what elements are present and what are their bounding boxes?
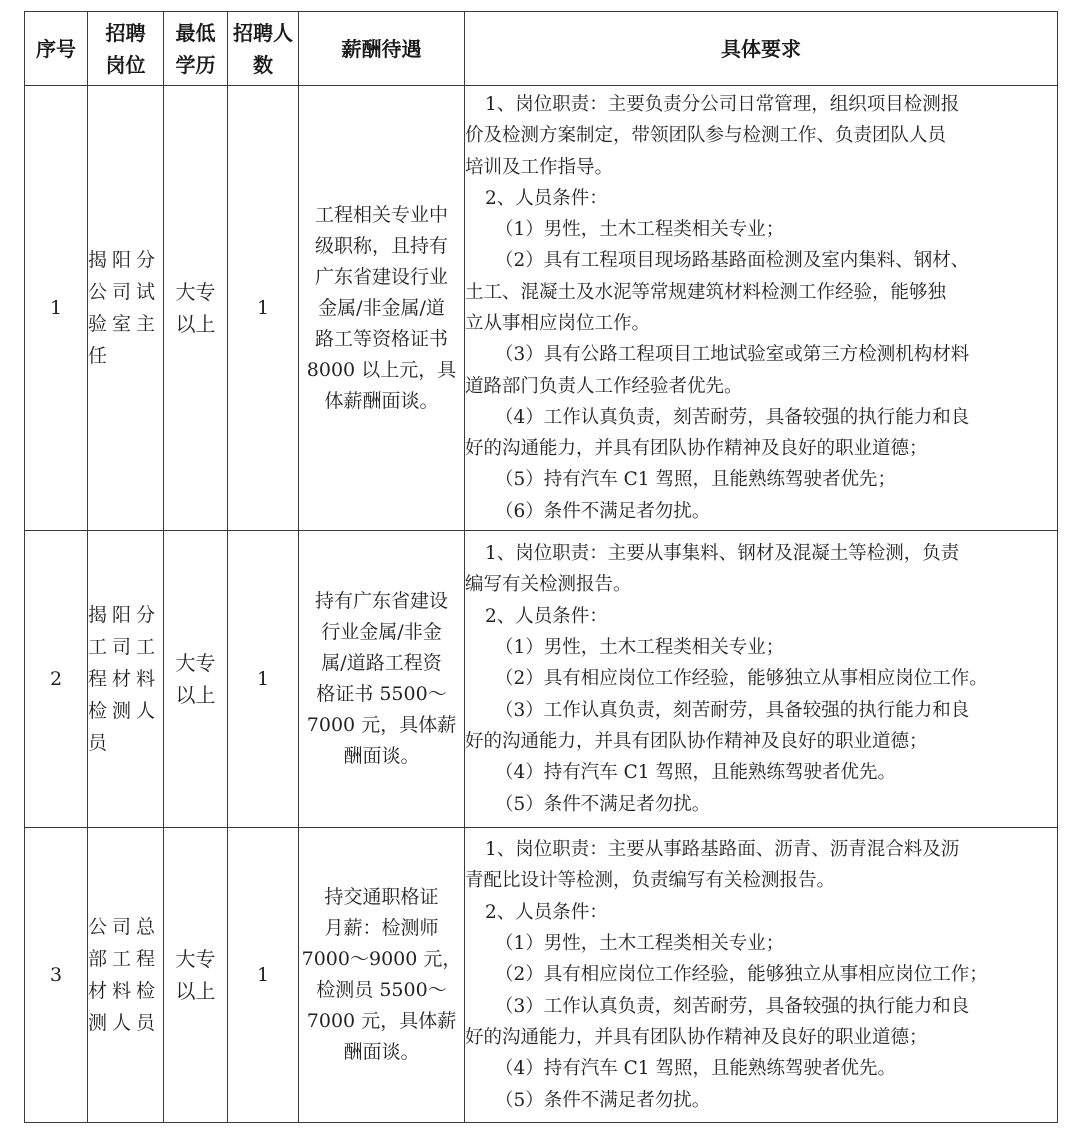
table-row: 1 揭阳分公司试验室主任 大专以上 1 工程相关专业中级职称，且持有广东省建设行… [25,86,1058,531]
position-line: 验室主 [88,308,163,340]
header-salary: 薪酬待遇 [299,12,465,86]
requirement-line: 好的沟通能力，并具有团队协作精神及良好的职业道德； [465,726,1057,757]
position-line: 测人员 [88,1007,163,1039]
position-line: 检测人 [88,695,163,727]
education-line: 以上 [164,975,227,1007]
table-row: 2 揭阳分工司工程材料检测人员 大专以上 1 持有广东省建设行业金属/非金属/道… [25,531,1058,828]
header-position-line: 招聘 [88,17,163,49]
education-line: 大专 [164,647,227,679]
recruitment-table: 序号 招聘 岗位 最低 学历 招聘人 数 薪酬待遇 具体要求 1 揭阳分公司试验… [24,11,1058,1123]
cell-requirements: 1、岗位职责：主要从事路基路面、沥青、沥青混合料及沥青配比设计等检测，负责编写有… [465,828,1058,1123]
requirement-line: 土工、混凝土及水泥等常规建筑材料检测工作经验，能够独 [465,277,1057,308]
requirement-line: （1）男性，土木工程类相关专业； [465,632,1057,663]
requirement-line: （1）男性，土木工程类相关专业； [465,928,1057,959]
requirement-line: （6）条件不满足者勿扰。 [465,496,1057,527]
position-line: 工司工 [88,631,163,663]
position-line: 揭阳分 [88,599,163,631]
requirement-line: 2、人员条件： [465,601,1057,632]
requirement-line: 立从事相应岗位工作。 [465,308,1057,339]
requirement-line: （3）工作认真负责，刻苦耐劳，具备较强的执行能力和良 [465,695,1057,726]
requirement-line: （3）具有公路工程项目工地试验室或第三方检测机构材料 [465,339,1057,370]
salary-line: 7000 元，具体薪 [299,710,464,741]
requirement-line: （2）具有工程项目现场路基路面检测及室内集料、钢材、 [465,245,1057,276]
requirement-line: （2）具有相应岗位工作经验，能够独立从事相应岗位工作； [465,959,1057,990]
requirement-line: 道路部门负责人工作经验者优先。 [465,371,1057,402]
cell-requirements: 1、岗位职责：主要从事集料、钢材及混凝土等检测，负责编写有关检测报告。2、人员条… [465,531,1058,828]
cell-position: 公司总部工程材料检测人员 [88,828,164,1123]
salary-line: 7000～9000 元， [299,944,464,975]
requirement-line: （4）持有汽车 C1 驾照，且能熟练驾驶者优先。 [465,1053,1057,1084]
salary-line: 工程相关专业中 [299,200,464,231]
cell-education: 大专以上 [164,86,228,531]
salary-line: 持有广东省建设 [299,586,464,617]
education-line: 大专 [164,943,227,975]
requirement-line: 1、岗位职责：主要从事路基路面、沥青、沥青混合料及沥 [465,834,1057,865]
requirement-line: （5）条件不满足者勿扰。 [465,1085,1057,1116]
education-line: 以上 [164,308,227,340]
header-count: 招聘人 数 [228,12,299,86]
position-line: 揭阳分 [88,244,163,276]
salary-line: 路工等资格证书 [299,324,464,355]
header-count-line: 数 [228,49,298,81]
requirement-line: （2）具有相应岗位工作经验，能够独立从事相应岗位工作。 [465,663,1057,694]
cell-education: 大专以上 [164,828,228,1123]
salary-line: 属/道路工程资 [299,648,464,679]
salary-line: 行业金属/非金 [299,617,464,648]
table-header-row: 序号 招聘 岗位 最低 学历 招聘人 数 薪酬待遇 具体要求 [25,12,1058,86]
cell-requirements: 1、岗位职责：主要负责分公司日常管理，组织项目检测报价及检测方案制定，带领团队参… [465,86,1058,531]
education-line: 以上 [164,679,227,711]
cell-index: 2 [25,531,88,828]
requirement-line: 好的沟通能力，并具有团队协作精神及良好的职业道德； [465,1022,1057,1053]
requirement-line: （3）工作认真负责，刻苦耐劳，具备较强的执行能力和良 [465,991,1057,1022]
position-line: 部工程 [88,943,163,975]
requirement-line: （5）持有汽车 C1 驾照，且能熟练驾驶者优先； [465,464,1057,495]
cell-count: 1 [228,531,299,828]
requirement-line: 青配比设计等检测，负责编写有关检测报告。 [465,865,1057,896]
education-line: 大专 [164,276,227,308]
position-line: 任 [88,340,163,372]
salary-line: 体薪酬面谈。 [299,386,464,417]
cell-salary: 持有广东省建设行业金属/非金属/道路工程资格证书 5500～7000 元，具体薪… [299,531,465,828]
header-count-line: 招聘人 [228,17,298,49]
requirement-line: （4）工作认真负责，刻苦耐劳，具备较强的执行能力和良 [465,402,1057,433]
position-line: 员 [88,727,163,759]
salary-line: 格证书 5500～ [299,679,464,710]
cell-index: 1 [25,86,88,531]
cell-count: 1 [228,86,299,531]
cell-salary: 持交通职格证月薪：检测师7000～9000 元，检测员 5500～7000 元，… [299,828,465,1123]
cell-index: 3 [25,828,88,1123]
position-line: 公司试 [88,276,163,308]
salary-line: 广东省建设行业 [299,262,464,293]
requirement-line: （4）持有汽车 C1 驾照，且能熟练驾驶者优先。 [465,757,1057,788]
cell-position: 揭阳分公司试验室主任 [88,86,164,531]
header-position: 招聘 岗位 [88,12,164,86]
salary-line: 月薪：检测师 [299,913,464,944]
header-education-line: 学历 [164,49,227,81]
cell-position: 揭阳分工司工程材料检测人员 [88,531,164,828]
requirement-line: 编写有关检测报告。 [465,569,1057,600]
cell-education: 大专以上 [164,531,228,828]
salary-line: 酬面谈。 [299,741,464,772]
salary-line: 酬面谈。 [299,1037,464,1068]
requirement-line: 1、岗位职责：主要从事集料、钢材及混凝土等检测，负责 [465,538,1057,569]
table-row: 3 公司总部工程材料检测人员 大专以上 1 持交通职格证月薪：检测师7000～9… [25,828,1058,1123]
cell-salary: 工程相关专业中级职称，且持有广东省建设行业金属/非金属/道路工等资格证书8000… [299,86,465,531]
requirement-line: 2、人员条件： [465,183,1057,214]
salary-line: 7000 元，具体薪 [299,1006,464,1037]
salary-line: 级职称，且持有 [299,231,464,262]
requirement-line: （5）条件不满足者勿扰。 [465,789,1057,820]
requirement-line: 2、人员条件： [465,897,1057,928]
requirement-line: 培训及工作指导。 [465,152,1057,183]
header-requirements: 具体要求 [465,12,1058,86]
position-line: 公司总 [88,911,163,943]
header-index: 序号 [25,12,88,86]
position-line: 程材料 [88,663,163,695]
header-education: 最低 学历 [164,12,228,86]
salary-line: 检测员 5500～ [299,975,464,1006]
requirement-line: （1）男性，土木工程类相关专业； [465,214,1057,245]
cell-count: 1 [228,828,299,1123]
requirement-line: 1、岗位职责：主要负责分公司日常管理，组织项目检测报 [465,89,1057,120]
salary-line: 持交通职格证 [299,882,464,913]
salary-line: 金属/非金属/道 [299,293,464,324]
salary-line: 8000 以上元，具 [299,355,464,386]
requirement-line: 价及检测方案制定，带领团队参与检测工作、负责团队人员 [465,120,1057,151]
position-line: 材料检 [88,975,163,1007]
requirement-line: 好的沟通能力，并具有团队协作精神及良好的职业道德； [465,433,1057,464]
header-position-line: 岗位 [88,49,163,81]
header-education-line: 最低 [164,17,227,49]
